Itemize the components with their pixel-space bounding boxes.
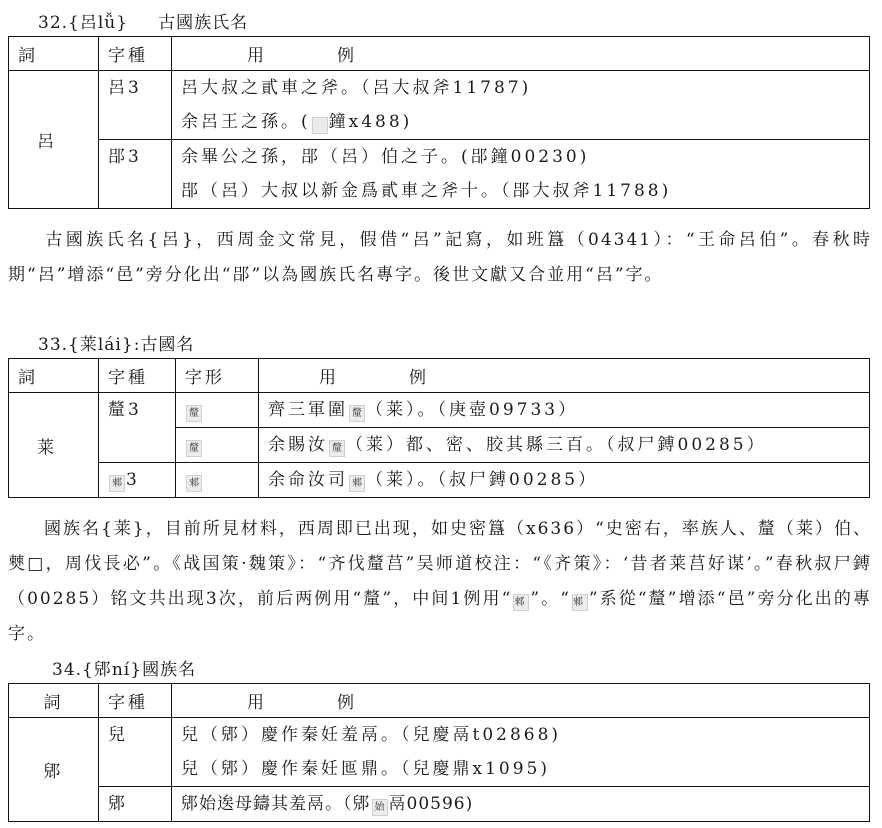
entry-number: 32. [38, 13, 68, 33]
header-usage: 用 例 [172, 684, 870, 718]
char-type-cell: 釐3 [99, 393, 176, 463]
usage-cell: 齊三軍圍釐（莱）。（庚壺09733） [259, 393, 870, 428]
entry-title: 國族名 [142, 660, 196, 680]
header-word: 詞 [9, 684, 99, 718]
lexicon-table-34: 詞 字種 用 例 郳 兒 兒（郳）慶作秦妊羞鬲。（兒慶鬲t02868) 兒（郳）… [8, 683, 870, 822]
usage-cell: 余賜汝釐（莱）都、密、胶其縣三百。（叔尸鎛00285） [259, 428, 870, 463]
header-char-type: 字種 [99, 359, 176, 393]
usage-example: 余呂王之孫。(𨮁鐘x488) [181, 105, 869, 139]
commentary-paragraph-32: 古國族氏名{呂}，西周金文常見，假借“呂”記寫，如班簋（04341）：“王命呂伯… [8, 223, 872, 293]
word-cell: 呂 [9, 71, 99, 209]
glyph-image-placeholder: 郲 [109, 475, 125, 492]
char-type-cell: 郳 [99, 787, 172, 822]
header-char-type: 字種 [99, 37, 172, 71]
glyph-image-placeholder: 郲 [186, 475, 202, 492]
lexicon-table-33: 詞 字種 字形 用 例 莱 釐3 釐 齊三軍圍釐（莱）。（庚壺09733） 釐 … [8, 358, 870, 498]
usage-cell: 兒（郳）慶作秦妊羞鬲。（兒慶鬲t02868) 兒（郳）慶作秦妊匜鼎。（兒慶鼎x1… [172, 718, 870, 787]
glyph-image-placeholder: 釐 [186, 440, 202, 457]
usage-cell: 余畢公之孫，郘（呂）伯之子。(郘鐘00230) 郘（呂）大叔以新金爲貳車之斧十。… [172, 140, 870, 209]
glyph-image-placeholder: 釐 [329, 440, 345, 457]
char-form-cell: 釐 [176, 428, 259, 463]
char-type-cell: 兒 [99, 718, 172, 787]
glyph-image-placeholder: 郲 [513, 594, 529, 611]
glyph-image-placeholder: 𨮁 [312, 117, 328, 134]
glyph-image-placeholder: 釐 [186, 405, 202, 422]
char-type-cell: 郘3 [99, 140, 172, 209]
header-char-type: 字種 [99, 684, 172, 718]
usage-example: 余賜汝釐（莱）都、密、胶其縣三百。（叔尸鎛00285） [268, 428, 869, 462]
usage-example: 郳始逘母鑄其羞鬲。（郳始鬲00596) [181, 787, 869, 821]
entry-heading-32: 32.{呂lǚ}古國族氏名 [38, 8, 248, 33]
entry-title: 古國族氏名 [158, 13, 248, 33]
header-word: 詞 [9, 37, 99, 71]
usage-example: 呂大叔之貳車之斧。（呂大叔斧11787) [181, 71, 869, 105]
commentary-paragraph-33: 國族名{莱}，目前所見材料，西周即已出现，如史密簋（x636）“史密右，率族人、… [8, 512, 872, 652]
char-type-cell: 呂3 [99, 71, 172, 140]
char-form-cell: 釐 [176, 393, 259, 428]
entry-heading-33: 33.{莱lái}:古國名 [38, 330, 194, 355]
entry-title: 古國名 [140, 335, 194, 355]
entry-number: 33. [38, 335, 68, 355]
glyph-image-placeholder: 始 [372, 799, 388, 816]
glyph-image-placeholder: 郲 [349, 475, 365, 492]
usage-cell: 呂大叔之貳車之斧。（呂大叔斧11787) 余呂王之孫。(𨮁鐘x488) [172, 71, 870, 140]
usage-example: 兒（郳）慶作秦妊匜鼎。（兒慶鼎x1095) [181, 752, 869, 786]
header-usage: 用 例 [259, 359, 870, 393]
header-usage: 用 例 [172, 37, 870, 71]
header-word: 詞 [9, 359, 99, 393]
entry-term: {呂lǚ} [68, 13, 128, 33]
glyph-image-placeholder: 郲 [572, 594, 588, 611]
entry-term: {莱lái} [68, 335, 134, 355]
lexicon-table-32: 詞 字種 用 例 呂 呂3 呂大叔之貳車之斧。（呂大叔斧11787) 余呂王之孫… [8, 36, 870, 209]
usage-example: 齊三軍圍釐（莱）。（庚壺09733） [268, 393, 869, 427]
char-type-cell: 郲3 [99, 463, 176, 498]
entry-number: 34. [52, 660, 82, 680]
usage-cell: 郳始逘母鑄其羞鬲。（郳始鬲00596) [172, 787, 870, 822]
glyph-image-placeholder: 釐 [349, 405, 365, 422]
entry-heading-34: 34.{郳ní}國族名 [52, 655, 196, 680]
word-cell: 莱 [9, 393, 99, 498]
usage-example: 兒（郳）慶作秦妊羞鬲。（兒慶鬲t02868) [181, 718, 869, 752]
word-cell: 郳 [9, 718, 99, 822]
usage-example: 余畢公之孫，郘（呂）伯之子。(郘鐘00230) [181, 140, 869, 174]
header-char-form: 字形 [176, 359, 259, 393]
entry-term: {郳ní} [82, 660, 142, 680]
usage-example: 余命汝司郲（莱）。（叔尸鎛00285） [268, 463, 869, 497]
char-form-cell: 郲 [176, 463, 259, 498]
usage-example: 郘（呂）大叔以新金爲貳車之斧十。（郘大叔斧11788) [181, 174, 869, 208]
usage-cell: 余命汝司郲（莱）。（叔尸鎛00285） [259, 463, 870, 498]
